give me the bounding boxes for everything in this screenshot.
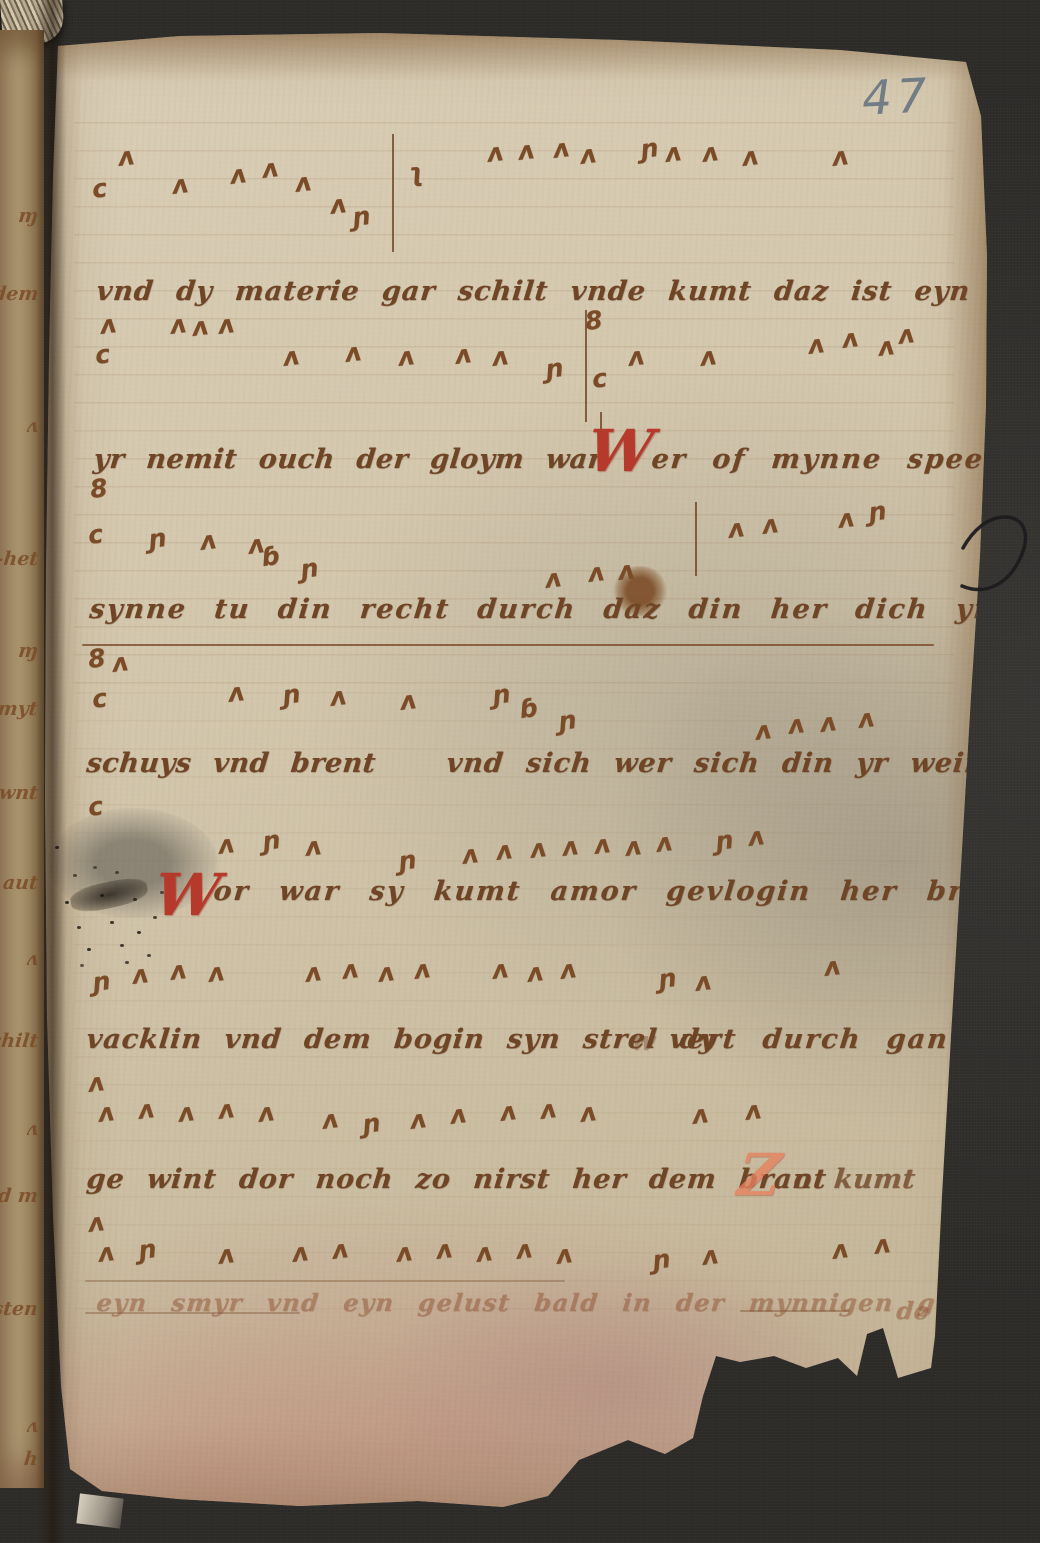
neume-mark: ʌ bbox=[837, 505, 856, 532]
margin-text-fragment: aut bbox=[2, 872, 39, 894]
neume-mark: ɲ bbox=[557, 707, 578, 734]
neume-mark: c bbox=[87, 521, 105, 548]
neume-mark: ʌ bbox=[461, 841, 480, 868]
neume-mark: ʌ bbox=[341, 956, 360, 983]
neume-mark: ʌ bbox=[741, 143, 760, 170]
text-segment: eyn smyr vnd eyn gelust bald in der mynn… bbox=[95, 1288, 954, 1317]
neume-mark: ʌ bbox=[409, 1106, 428, 1133]
neume-mark: ʌ bbox=[282, 343, 301, 370]
neume-mark: ɓ bbox=[519, 695, 540, 722]
neume-mark: ʌ bbox=[761, 511, 780, 538]
neume-mark: 8 bbox=[584, 307, 604, 334]
text-segment: vacklin vnd dem bogin syn strel dy bbox=[85, 1024, 718, 1055]
neume-mark: ʌ bbox=[397, 343, 416, 370]
neume-mark: ʌ bbox=[475, 1239, 494, 1266]
neume-mark: ʌ bbox=[701, 139, 720, 166]
neume-mark: ɲ bbox=[867, 498, 888, 525]
neume-mark: ʌ bbox=[579, 1099, 598, 1126]
neume-mark: ʌ bbox=[217, 1096, 236, 1123]
text-segment: vnd dy materie gar schilt vnde kumt daz … bbox=[95, 276, 1040, 307]
margin-text-fragment: hu-het bbox=[0, 548, 39, 570]
neume-mark: ɲ bbox=[91, 968, 112, 995]
neume-mark: ʌ bbox=[137, 1096, 156, 1123]
neume-mark: ʌ bbox=[754, 717, 773, 744]
neume-mark: ʌ bbox=[449, 1101, 468, 1128]
neume-mark: ʌ bbox=[99, 311, 118, 338]
margin-text-fragment: gisten bbox=[0, 1298, 39, 1320]
neume-mark: ɲ bbox=[147, 525, 168, 552]
neume-mark: ʌ bbox=[694, 968, 713, 995]
neume-mark: 8 bbox=[89, 475, 109, 502]
margin-text-fragment: d m bbox=[0, 1185, 39, 1207]
neume-mark: ʌ bbox=[294, 169, 313, 196]
neume-mark: ʌ bbox=[529, 835, 548, 862]
neume-mark: ʌ bbox=[97, 1099, 116, 1126]
folio-number: 47 bbox=[861, 68, 934, 127]
neume-mark: ʌ bbox=[579, 141, 598, 168]
neume-mark: ʌ bbox=[555, 1241, 574, 1268]
text-segment: yr nemit ouch der gloym war bbox=[92, 444, 604, 475]
neume-mark: ʌ bbox=[399, 687, 418, 714]
neume-mark: ʌ bbox=[515, 1236, 534, 1263]
neume-mark: ʌ bbox=[257, 1099, 276, 1126]
neume-mark: ʌ bbox=[344, 339, 363, 366]
neume-mark: c bbox=[91, 175, 109, 202]
manuscript-photo: ɱdemʌhu-hetɱomytwntautʌschiltʌd mgistenʌ… bbox=[0, 0, 1040, 1543]
neume-mark: ʌ bbox=[744, 1097, 763, 1124]
neume-mark: ɲ bbox=[361, 1110, 382, 1137]
neume-mark: ʌ bbox=[87, 1209, 106, 1236]
text-segment: synne tu din recht durch daz din her dic… bbox=[88, 594, 1040, 625]
neume-mark: ʌ bbox=[169, 311, 188, 338]
neume-mark: ʌ bbox=[819, 709, 838, 736]
neume-mark: ʌ bbox=[701, 1242, 720, 1269]
margin-text-fragment: wnt bbox=[0, 782, 39, 804]
neume-mark: ʌ bbox=[539, 1096, 558, 1123]
neume-mark: c bbox=[91, 685, 109, 712]
neume-mark: ʌ bbox=[727, 515, 746, 542]
neume-mark: ʌ bbox=[691, 1101, 710, 1128]
neume-mark: c bbox=[87, 793, 105, 820]
neume-mark: ʌ bbox=[841, 325, 860, 352]
notation-bar-line bbox=[392, 134, 394, 252]
neume-mark: ʌ bbox=[111, 649, 130, 676]
neume-mark: ʌ bbox=[217, 311, 236, 338]
text-segment: vert durch gan bbox=[668, 1024, 950, 1055]
neume-mark: ʌ bbox=[624, 833, 643, 860]
neume-mark: ʌ bbox=[207, 959, 226, 986]
margin-text-fragment: schilt bbox=[0, 1030, 39, 1052]
neume-mark: ʌ bbox=[495, 837, 514, 864]
neume-mark: ɲ bbox=[397, 847, 418, 874]
neume-mark: ʌ bbox=[517, 137, 536, 164]
neume-mark: ʌ bbox=[329, 683, 348, 710]
neume-mark: ʌ bbox=[199, 527, 218, 554]
neume-mark: ʌ bbox=[331, 1236, 350, 1263]
neume-mark: ʌ bbox=[169, 957, 188, 984]
neume-mark: ʌ bbox=[552, 135, 571, 162]
neume-mark: ʌ bbox=[291, 1239, 310, 1266]
manuscript-page: ʌcʌʌʌʌʌɲʅʌʌʌʌɲʌʌʌʌʌʌʌʌcʌʌʌʌʌɲc8ʌʌʌʌʌʌ8cɲ… bbox=[40, 26, 992, 1520]
neume-mark: ɲ bbox=[544, 355, 565, 382]
neume-mark: ɲ bbox=[281, 681, 302, 708]
neume-mark: ɲ bbox=[639, 135, 660, 162]
dark-damage-blob bbox=[68, 874, 150, 916]
text-segment: o kumt bbox=[792, 1164, 917, 1195]
neume-mark: ʌ bbox=[395, 1239, 414, 1266]
neume-mark: ʌ bbox=[491, 343, 510, 370]
text-segment: er of mynne spee bbox=[650, 444, 986, 475]
neume-mark: ɓ bbox=[261, 543, 282, 570]
text-segment: w bbox=[630, 1026, 657, 1057]
neume-mark: ʌ bbox=[321, 1106, 340, 1133]
neume-mark: ɲ bbox=[651, 1246, 672, 1273]
neume-mark: ɲ bbox=[657, 965, 678, 992]
page-holder-wire bbox=[956, 490, 1040, 604]
neume-mark: ʌ bbox=[229, 161, 248, 188]
neume-mark: ʌ bbox=[699, 343, 718, 370]
neume-mark: ʌ bbox=[857, 705, 876, 732]
neume-mark: ʌ bbox=[191, 313, 210, 340]
text-segment: Z bbox=[735, 1146, 784, 1204]
neume-mark: ɲ bbox=[491, 681, 512, 708]
neume-mark: ʌ bbox=[587, 559, 606, 586]
neume-mark: ʌ bbox=[787, 711, 806, 738]
margin-text-fragment: omyt bbox=[0, 698, 39, 720]
neume-mark: ʌ bbox=[747, 823, 766, 850]
neume-mark: ʌ bbox=[131, 961, 150, 988]
neume-mark: 8 bbox=[87, 645, 107, 672]
text-segment: de bbox=[895, 1296, 931, 1325]
ink-rule-line bbox=[82, 644, 934, 646]
neume-mark: ʌ bbox=[807, 331, 826, 358]
neume-mark: ʌ bbox=[261, 155, 280, 182]
neume-mark: ɲ bbox=[137, 1236, 158, 1263]
neume-mark: ɲ bbox=[714, 827, 735, 854]
neume-mark: ʌ bbox=[117, 143, 136, 170]
text-segment: W bbox=[585, 422, 657, 480]
neume-mark: ʌ bbox=[561, 833, 580, 860]
neume-mark: ʌ bbox=[526, 959, 545, 986]
ink-rule-line bbox=[85, 1280, 565, 1282]
text-segment: ge wint dor noch zo nirst her dem brant bbox=[85, 1164, 828, 1195]
neume-mark: ʌ bbox=[177, 1099, 196, 1126]
neume-mark: ʌ bbox=[97, 1239, 116, 1266]
neume-mark: ʌ bbox=[304, 959, 323, 986]
neume-mark: ʌ bbox=[617, 557, 636, 584]
neume-mark: ʌ bbox=[87, 1069, 106, 1096]
neume-mark: ʌ bbox=[491, 956, 510, 983]
neume-mark: ʌ bbox=[304, 833, 323, 860]
binding-gutter-shadow bbox=[36, 0, 66, 1543]
neume-mark: ʌ bbox=[823, 953, 842, 980]
neume-mark: ʌ bbox=[227, 679, 246, 706]
neume-mark: c bbox=[94, 341, 112, 368]
neume-mark: ʌ bbox=[593, 831, 612, 858]
neume-mark: ɲ bbox=[299, 555, 320, 582]
neume-mark: ʌ bbox=[377, 959, 396, 986]
notation-bar-line bbox=[695, 502, 697, 576]
neume-mark: ɲ bbox=[351, 203, 372, 230]
text-segment: schuys vnd brent bbox=[85, 748, 377, 779]
neume-mark: ʌ bbox=[877, 333, 896, 360]
underlying-page-sliver bbox=[76, 1493, 123, 1528]
neume-mark: ʌ bbox=[559, 956, 578, 983]
neume-mark: ʌ bbox=[171, 171, 190, 198]
text-segment: or war sy kumt amor gevlogin her brengit bbox=[212, 876, 1040, 907]
neume-mark: ʌ bbox=[217, 1241, 236, 1268]
neume-mark: ʌ bbox=[831, 143, 850, 170]
neume-mark: ʌ bbox=[217, 831, 236, 858]
neume-mark: ʌ bbox=[329, 191, 348, 218]
neume-mark: ʌ bbox=[627, 343, 646, 370]
neume-mark: ʌ bbox=[831, 1236, 850, 1263]
neume-mark: ʌ bbox=[544, 565, 563, 592]
neume-mark: ɲ bbox=[261, 827, 282, 854]
neume-mark: ʌ bbox=[664, 139, 683, 166]
neume-mark: ʌ bbox=[413, 956, 432, 983]
neume-mark: ʌ bbox=[655, 829, 674, 856]
neume-mark: c bbox=[591, 365, 609, 392]
neume-mark: ʌ bbox=[435, 1236, 454, 1263]
neume-mark: ʌ bbox=[499, 1098, 518, 1125]
neume-mark: ʌ bbox=[454, 341, 473, 368]
neume-mark: ʅ bbox=[407, 159, 425, 186]
neume-mark: ʌ bbox=[873, 1231, 892, 1258]
text-segment: vnd sich wer sich din yr wein bbox=[445, 748, 987, 779]
margin-text-fragment: dem bbox=[0, 283, 39, 305]
neume-mark: ʌ bbox=[897, 321, 916, 348]
neume-mark: ʌ bbox=[486, 139, 505, 166]
